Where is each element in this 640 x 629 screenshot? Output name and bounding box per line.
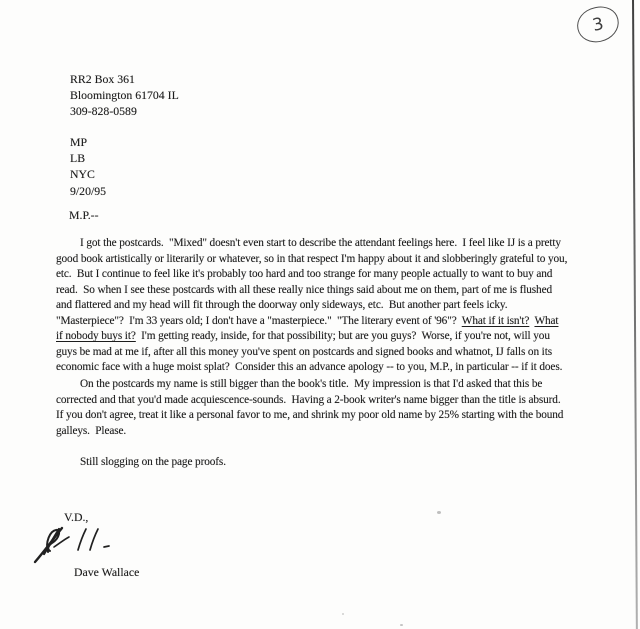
letter-line: corrected and that you'd made acquiescen… [56, 394, 563, 410]
signature-scribble [32, 523, 124, 565]
letter-date: 9/20/95 [70, 184, 106, 200]
page-number-circle: 3 [574, 3, 622, 46]
paragraph-2: On the postcards my name is still bigger… [56, 378, 563, 440]
sender-address-block: RR2 Box 361 Bloomington 61704 IL 309-828… [70, 72, 179, 121]
letter-line: read. So when I see these postcards with… [56, 284, 567, 300]
letter-line: good book artistically or literarily or … [56, 253, 567, 269]
scan-speck [400, 624, 403, 626]
underlined-text: if nobody buys it? [56, 330, 136, 342]
letter-line: If you don't agree, treat it like a pers… [56, 409, 563, 425]
letter-line: economic face with a huge moist splat? C… [56, 361, 567, 377]
scan-speck [342, 613, 344, 615]
letter-line: if nobody buys it? I'm getting ready, in… [56, 330, 567, 346]
recipient-line: NYC [70, 167, 106, 183]
letter-line: guys be mad at me if, after all this mon… [56, 346, 567, 362]
recipient-block: MP LB NYC 9/20/95 [70, 135, 106, 200]
line-text: I'm getting ready, inside, for that poss… [136, 330, 550, 342]
scan-speck [437, 511, 441, 514]
recipient-line: LB [70, 151, 106, 167]
letter-line: "Masterpiece"? I'm 33 years old; I don't… [56, 315, 567, 331]
scan-edge-line [632, 0, 638, 629]
sender-address-line: Bloomington 61704 IL [70, 88, 179, 104]
letter-line: I got the postcards. "Mixed" doesn't eve… [56, 237, 567, 253]
underlined-text: What if it isn't? [462, 315, 529, 327]
letter-line: and flattered and my head will fit throu… [56, 299, 567, 315]
letter-line: On the postcards my name is still bigger… [56, 378, 563, 394]
sender-address-line: RR2 Box 361 [70, 72, 179, 88]
sender-address-line: 309-828-0589 [70, 104, 179, 120]
paragraph-1: I got the postcards. "Mixed" doesn't eve… [56, 237, 567, 377]
underlined-text: What [534, 315, 558, 327]
salutation: M.P.-- [69, 208, 99, 224]
recipient-line: MP [70, 135, 106, 151]
paragraph-3: Still slogging on the page proofs. [80, 456, 226, 472]
letter-line: galleys. Please. [56, 425, 563, 441]
line-text: "Masterpiece"? I'm 33 years old; I don't… [56, 315, 462, 327]
scanned-letter-page: 3 RR2 Box 361 Bloomington 61704 IL 309-8… [0, 0, 640, 629]
signed-name: Dave Wallace [74, 565, 139, 581]
letter-line: etc. But I continue to feel like it's pr… [56, 268, 567, 284]
page-number: 3 [591, 14, 606, 36]
